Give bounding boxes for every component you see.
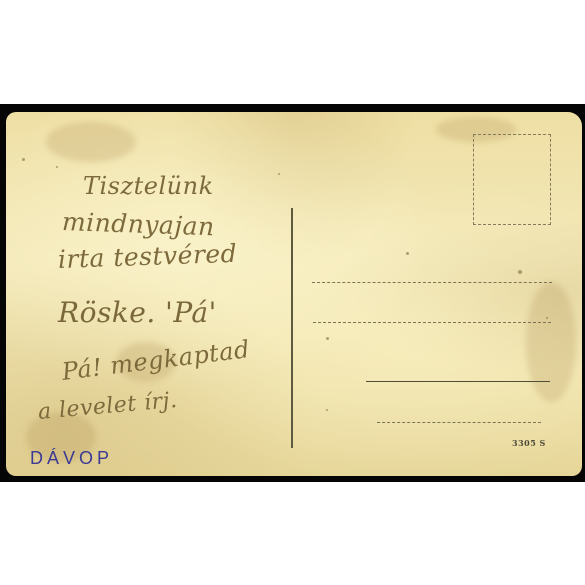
stain	[46, 122, 136, 162]
address-line	[313, 322, 551, 323]
address-line	[377, 422, 541, 423]
address-line	[366, 381, 550, 382]
speck	[326, 409, 328, 411]
stain	[526, 282, 576, 402]
address-line	[312, 282, 552, 283]
handwriting-line: mindnyajan	[61, 207, 215, 241]
speck	[56, 166, 58, 168]
speck	[518, 270, 522, 274]
speck	[406, 252, 409, 255]
blue-ink-annotation: DÁVOP	[30, 448, 113, 469]
handwriting-line: Röske. 'Pá'	[58, 296, 217, 329]
handwriting-line: Tisztelünk	[83, 172, 214, 200]
speck	[22, 158, 25, 161]
speck	[326, 337, 329, 340]
center-divider-line	[291, 208, 293, 448]
stamp-box-icon	[473, 134, 551, 225]
speck	[546, 317, 548, 319]
print-code: 3305 S	[512, 438, 546, 448]
speck	[278, 173, 280, 175]
